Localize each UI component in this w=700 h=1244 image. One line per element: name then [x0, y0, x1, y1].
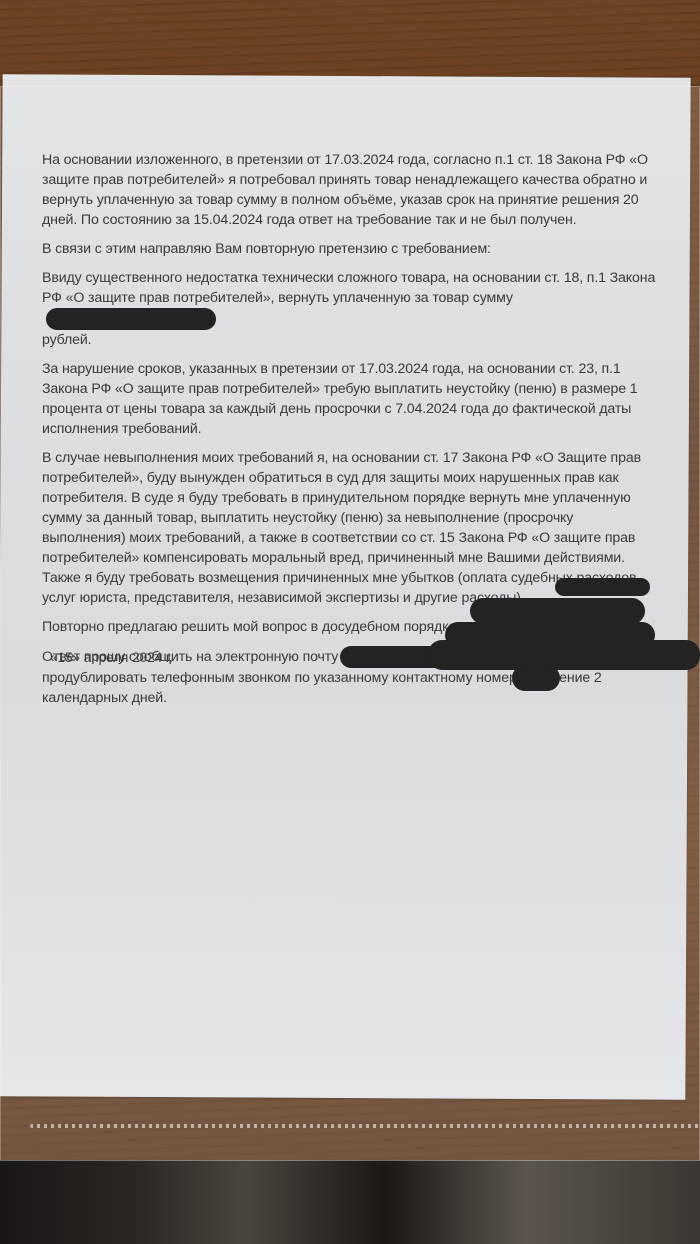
sleeve-perforation [30, 1124, 700, 1128]
refund-currency: рублей. [42, 332, 91, 348]
document-date: «15» апреля 2024 г. [50, 650, 173, 665]
refund-text: Ввиду существенного недостатка техническ… [42, 270, 655, 306]
paragraph-penalty: За нарушение сроков, указанных в претенз… [42, 359, 657, 439]
floor-background [0, 1160, 700, 1244]
redacted-amount [46, 308, 216, 330]
paragraph-intro: В связи с этим направляю Вам повторную п… [42, 239, 657, 259]
paragraph-refund-demand: Ввиду существенного недостатка техническ… [42, 268, 657, 350]
paragraph-background: На основании изложенного, в претензии от… [42, 150, 657, 230]
